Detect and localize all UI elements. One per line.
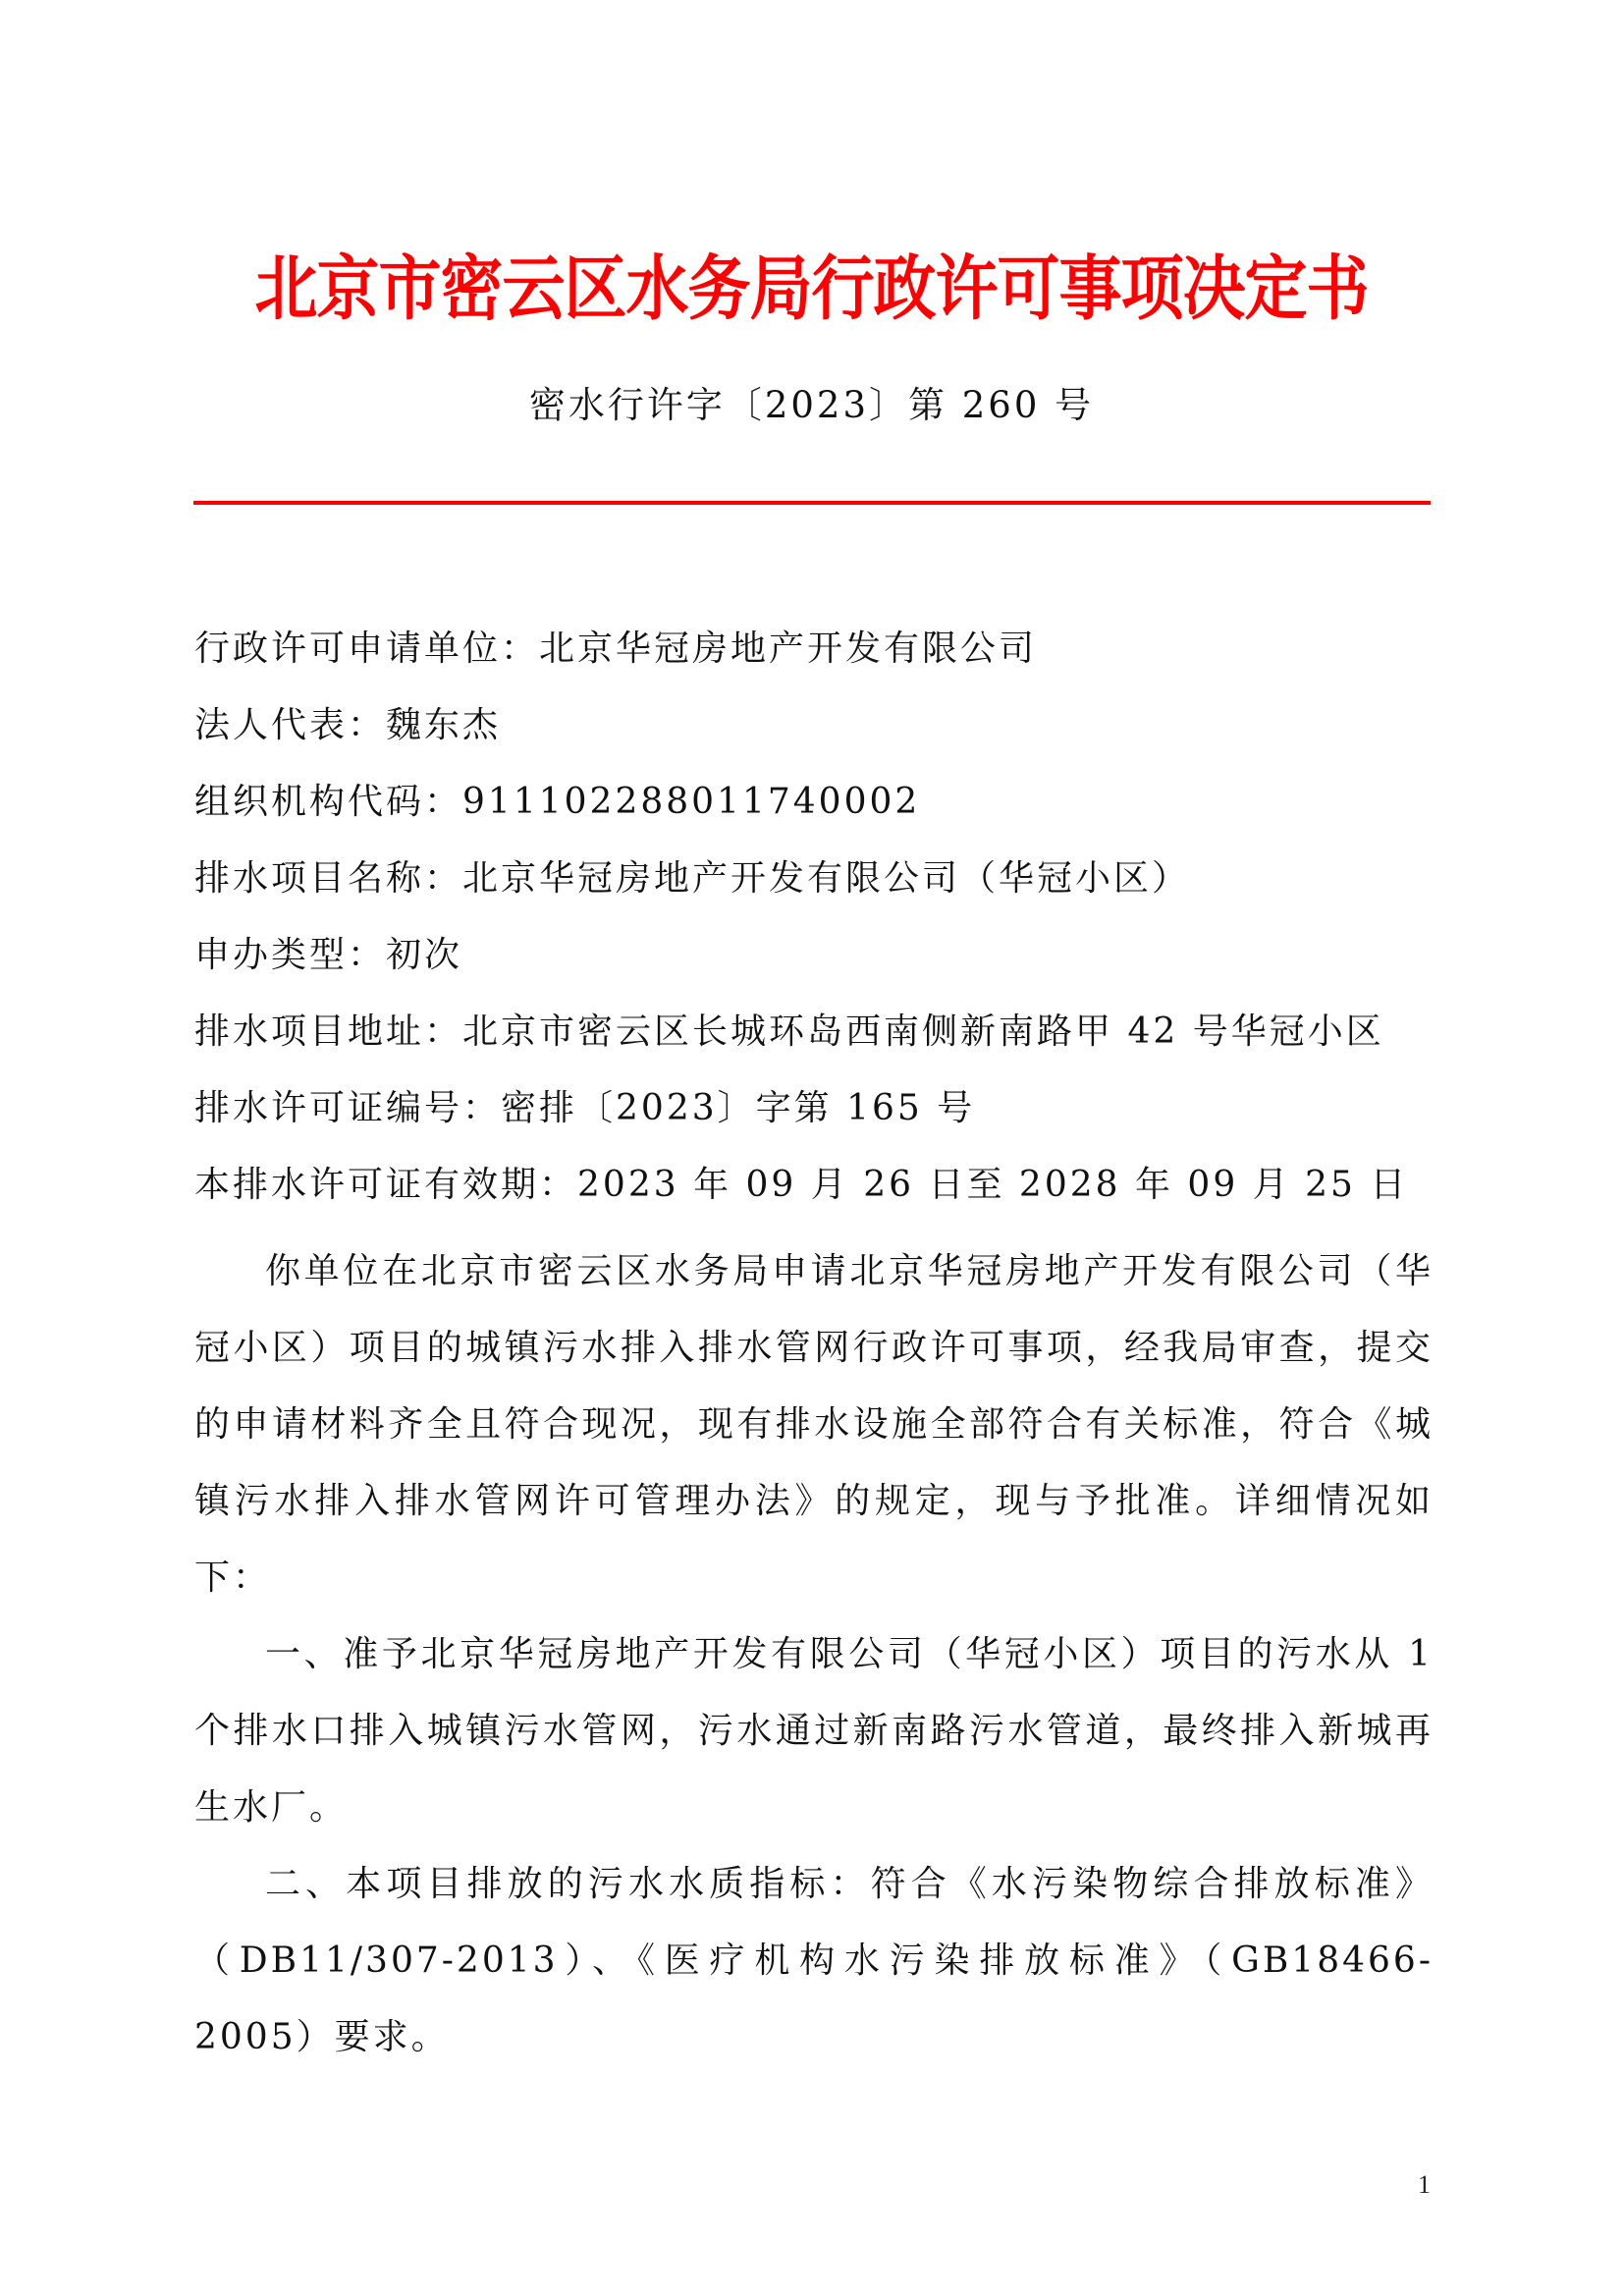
field-label: 法人代表： bbox=[194, 705, 386, 745]
field-label: 排水许可证编号： bbox=[194, 1088, 501, 1128]
paragraph-approval-intro: 你单位在北京市密云区水务局申请北京华冠房地产开发有限公司（华冠小区）项目的城镇污… bbox=[194, 1233, 1434, 1616]
decision-body: 你单位在北京市密云区水务局申请北京华冠房地产开发有限公司（华冠小区）项目的城镇污… bbox=[194, 1233, 1434, 2076]
applicant-info-list: 行政许可申请单位：北京华冠房地产开发有限公司 法人代表：魏东杰 组织机构代码：9… bbox=[194, 611, 1441, 1224]
field-label: 本排水许可证有效期： bbox=[194, 1165, 577, 1205]
paragraph-item-1: 一、准予北京华冠房地产开发有限公司（华冠小区）项目的污水从 1 个排水口排入城镇… bbox=[194, 1616, 1434, 1846]
field-value: 北京华冠房地产开发有限公司（华冠小区） bbox=[462, 858, 1190, 899]
field-value: 初次 bbox=[386, 935, 462, 975]
field-applicant-unit: 行政许可申请单位：北京华冠房地产开发有限公司 bbox=[194, 611, 1441, 687]
field-project-address: 排水项目地址：北京市密云区长城环岛西南侧新南路甲 42 号华冠小区 bbox=[194, 994, 1441, 1070]
field-label: 组织机构代码： bbox=[194, 782, 462, 822]
field-value: 2023 年 09 月 26 日至 2028 年 09 月 25 日 bbox=[577, 1165, 1408, 1205]
field-value: 北京市密云区长城环岛西南侧新南路甲 42 号华冠小区 bbox=[462, 1011, 1384, 1052]
field-label: 排水项目地址： bbox=[194, 1011, 462, 1052]
field-application-type: 申办类型：初次 bbox=[194, 917, 1441, 994]
field-label: 排水项目名称： bbox=[194, 858, 462, 899]
document-number: 密水行许字〔2023〕第 260 号 bbox=[0, 381, 1623, 430]
field-permit-number: 排水许可证编号：密排〔2023〕字第 165 号 bbox=[194, 1070, 1441, 1147]
field-value: 密排〔2023〕字第 165 号 bbox=[501, 1088, 975, 1128]
field-label: 申办类型： bbox=[194, 935, 386, 975]
document-title: 北京市密云区水务局行政许可事项决定书 bbox=[0, 246, 1623, 334]
field-value: 北京华冠房地产开发有限公司 bbox=[539, 629, 1037, 669]
field-legal-representative: 法人代表：魏东杰 bbox=[194, 687, 1441, 764]
page-number: 1 bbox=[1418, 2170, 1431, 2200]
field-organization-code: 组织机构代码：911102288011740002 bbox=[194, 764, 1441, 841]
document-page: 北京市密云区水务局行政许可事项决定书 密水行许字〔2023〕第 260 号 行政… bbox=[0, 0, 1623, 2296]
field-project-name: 排水项目名称：北京华冠房地产开发有限公司（华冠小区） bbox=[194, 841, 1441, 917]
field-validity-period: 本排水许可证有效期：2023 年 09 月 26 日至 2028 年 09 月 … bbox=[194, 1147, 1441, 1224]
field-value: 魏东杰 bbox=[386, 705, 501, 745]
field-label: 行政许可申请单位： bbox=[194, 629, 539, 669]
paragraph-item-2: 二、本项目排放的污水水质指标：符合《水污染物综合排放标准》（DB11/307-2… bbox=[194, 1846, 1434, 2076]
field-value: 911102288011740002 bbox=[462, 782, 920, 822]
red-divider-line bbox=[193, 501, 1431, 505]
